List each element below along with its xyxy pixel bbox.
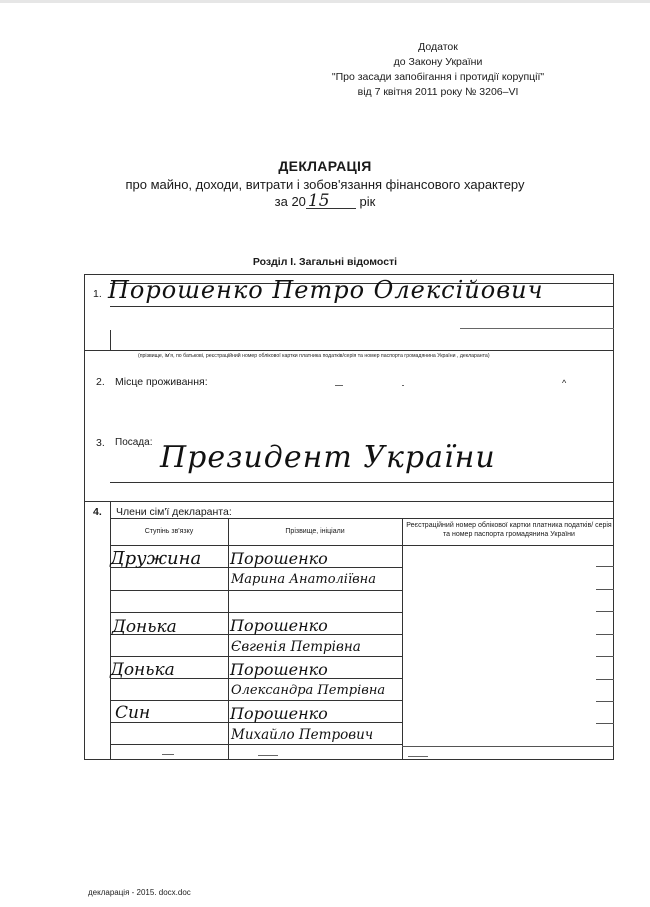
item1-underline (110, 306, 614, 307)
item4-header-bottom (110, 545, 614, 546)
year-handwritten: 15 (306, 194, 356, 209)
family-given-names: Михайло Петрович (231, 727, 373, 743)
appendix-line: від 7 квітня 2011 року № 3206–VI (288, 85, 588, 100)
item1-caption: (прізвище, ім'я, по батькові, реєстрацій… (138, 353, 490, 359)
item2-mark (402, 385, 404, 386)
document-subtitle: про майно, доходи, витрати і зобов'язанн… (0, 177, 650, 192)
right-rule (596, 589, 614, 590)
item2-number: 2. (96, 376, 105, 388)
right-rule (596, 679, 614, 680)
empty-mark (258, 755, 278, 756)
item1-bottom-line (84, 350, 614, 351)
right-rule (596, 656, 614, 657)
appendix-line: до Закону України (288, 55, 588, 70)
item2-mark (335, 385, 343, 386)
item3-label: Посада: (115, 437, 153, 448)
appendix-line: "Про засади запобігання і протидії коруп… (288, 70, 588, 85)
appendix-line: Додаток (288, 40, 588, 55)
family-surname: Порошенко (230, 704, 328, 723)
family-relation: Донька (110, 660, 175, 680)
section-title: Розділ I. Загальні відомості (0, 256, 650, 268)
row-rule (110, 744, 402, 745)
family-given-names: Марина Анатоліївна (231, 572, 376, 587)
column-header-relation: Ступінь зв'язку (110, 527, 228, 536)
family-relation: Син (115, 703, 150, 723)
row-rule (110, 656, 402, 657)
item1-number: 1. (93, 288, 102, 300)
item4-number: 4. (93, 506, 102, 518)
column-header-tax-number: Реєстраційний номер облікової картки пла… (404, 521, 614, 539)
item3-handwritten-position: Президент України (160, 440, 496, 475)
item1-tick (110, 330, 111, 350)
item2-caret-mark: ^ (562, 378, 566, 388)
year-prefix: за 20 (275, 194, 306, 209)
family-relation: Донька (112, 617, 177, 637)
document-title: ДЕКЛАРАЦІЯ (0, 158, 650, 174)
right-rule (596, 723, 614, 724)
top-border (0, 0, 650, 3)
item3-number: 3. (96, 437, 105, 449)
family-given-names: Олександра Петрівна (231, 683, 385, 698)
right-rule (402, 746, 614, 747)
item1-line2 (460, 328, 614, 329)
right-rule (596, 634, 614, 635)
family-relation: Дружина (110, 548, 201, 569)
item1-handwritten-name: Порошенко Петро Олексійович (108, 276, 544, 304)
column-divider-1 (228, 518, 229, 760)
declaration-year: за 2015 рік (0, 194, 650, 209)
right-rule (596, 611, 614, 612)
appendix-reference: Додаток до Закону України "Про засади за… (288, 40, 588, 100)
item3-underline (110, 482, 614, 483)
item4-header-top (110, 518, 614, 519)
family-surname: Порошенко (230, 616, 328, 635)
item3-bottom-line (84, 501, 614, 502)
family-surname: Порошенко (230, 660, 328, 679)
empty-mark (162, 754, 174, 755)
family-given-names: Євгенія Петрівна (231, 639, 361, 655)
empty-mark (408, 756, 428, 757)
right-rule (596, 566, 614, 567)
column-header-surname: Прізвище, ініціали (230, 527, 400, 536)
row-rule (110, 700, 402, 701)
item4-label: Члени сім'ї декларанта: (116, 506, 232, 518)
year-suffix: рік (360, 194, 376, 209)
family-surname: Порошенко (230, 549, 328, 568)
column-divider-2 (402, 518, 403, 760)
file-name-footer: декларація - 2015. docx.doc (88, 888, 191, 897)
row-rule (110, 590, 402, 591)
right-rule (596, 701, 614, 702)
row-rule (110, 612, 402, 613)
item2-label: Місце проживання: (115, 376, 208, 388)
